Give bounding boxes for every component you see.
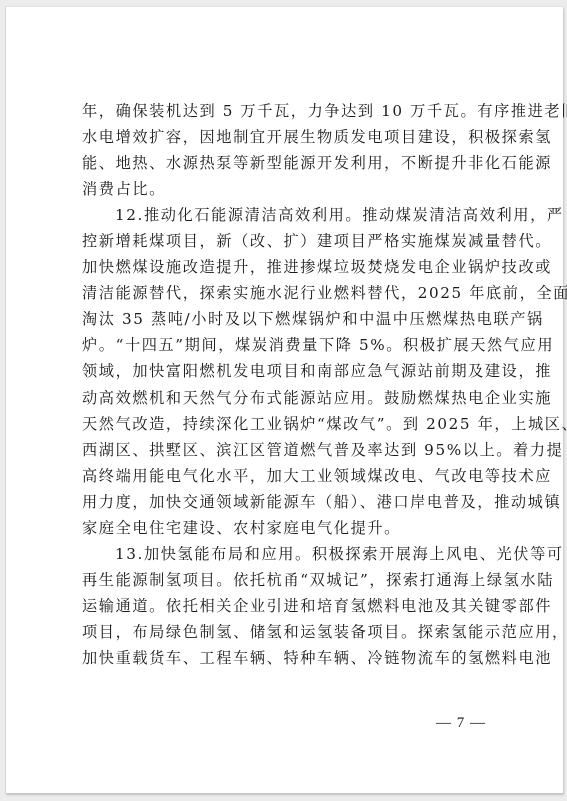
text-line: 再生能源制氢项目。依托杭甬“双城记”，探索打通海上绿氢水陆 bbox=[82, 567, 492, 593]
text-line: 西湖区、拱墅区、滨江区管道燃气普及率达到 95%以上。着力提 bbox=[82, 437, 492, 463]
text-line: 控新增耗煤项目，新（改、扩）建项目严格实施煤炭减量替代。 bbox=[82, 228, 492, 254]
text-line: 运输通道。依托相关企业引进和培育氢燃料电池及其关键零部件 bbox=[82, 593, 492, 619]
text-line: 年，确保装机达到 5 万千瓦，力争达到 10 万千瓦。有序推进老旧 bbox=[82, 98, 492, 124]
text-line: 用力度，加快交通领域新能源车（船）、港口岸电普及，推动城镇 bbox=[82, 489, 492, 515]
text-line: 炉。“十四五”期间，煤炭消费量下降 5%。积极扩展天然气应用 bbox=[82, 332, 492, 358]
document-page: 年，确保装机达到 5 万千瓦，力争达到 10 万千瓦。有序推进老旧 水电增效扩容… bbox=[5, 6, 563, 793]
text-line: 加快重载货车、工程车辆、特种车辆、冷链物流车的氢燃料电池 bbox=[82, 645, 492, 671]
text-line: 高终端用能电气化水平，加大工业领域煤改电、气改电等技术应 bbox=[82, 463, 492, 489]
text-line: 加快燃煤设施改造提升，推进掺煤垃圾焚烧发电企业锅炉技改或 bbox=[82, 254, 492, 280]
text-line: 领域，加快富阳燃机发电项目和南部应急气源站前期及建设，推 bbox=[82, 358, 492, 384]
document-body: 年，确保装机达到 5 万千瓦，力争达到 10 万千瓦。有序推进老旧 水电增效扩容… bbox=[82, 98, 492, 671]
text-line: 水电增效扩容，因地制宜开展生物质发电项目建设，积极探索氢 bbox=[82, 124, 492, 150]
section-heading-line: 13.加快氢能布局和应用。积极探索开展海上风电、光伏等可 bbox=[82, 541, 492, 567]
text-line: 消费占比。 bbox=[82, 176, 492, 202]
section-heading-line: 12.推动化石能源清洁高效利用。推动煤炭清洁高效利用，严 bbox=[82, 202, 492, 228]
page-number: — 7 — bbox=[436, 715, 486, 732]
text-line: 动高效燃机和天然气分布式能源站应用。鼓励燃煤热电企业实施 bbox=[82, 385, 492, 411]
text-line: 天然气改造，持续深化工业锅炉“煤改气”。到 2025 年，上城区、 bbox=[82, 411, 492, 437]
text-line: 淘汰 35 蒸吨/小时及以下燃煤锅炉和中温中压燃煤热电联产锅 bbox=[82, 306, 492, 332]
text-line: 项目，布局绿色制氢、储氢和运氢装备项目。探索氢能示范应用， bbox=[82, 619, 492, 645]
text-line: 清洁能源替代，探索实施水泥行业燃料替代，2025 年底前，全面 bbox=[82, 280, 492, 306]
text-line: 家庭全电住宅建设、农村家庭电气化提升。 bbox=[82, 515, 492, 541]
text-line: 能、地热、水源热泵等新型能源开发利用，不断提升非化石能源 bbox=[82, 150, 492, 176]
